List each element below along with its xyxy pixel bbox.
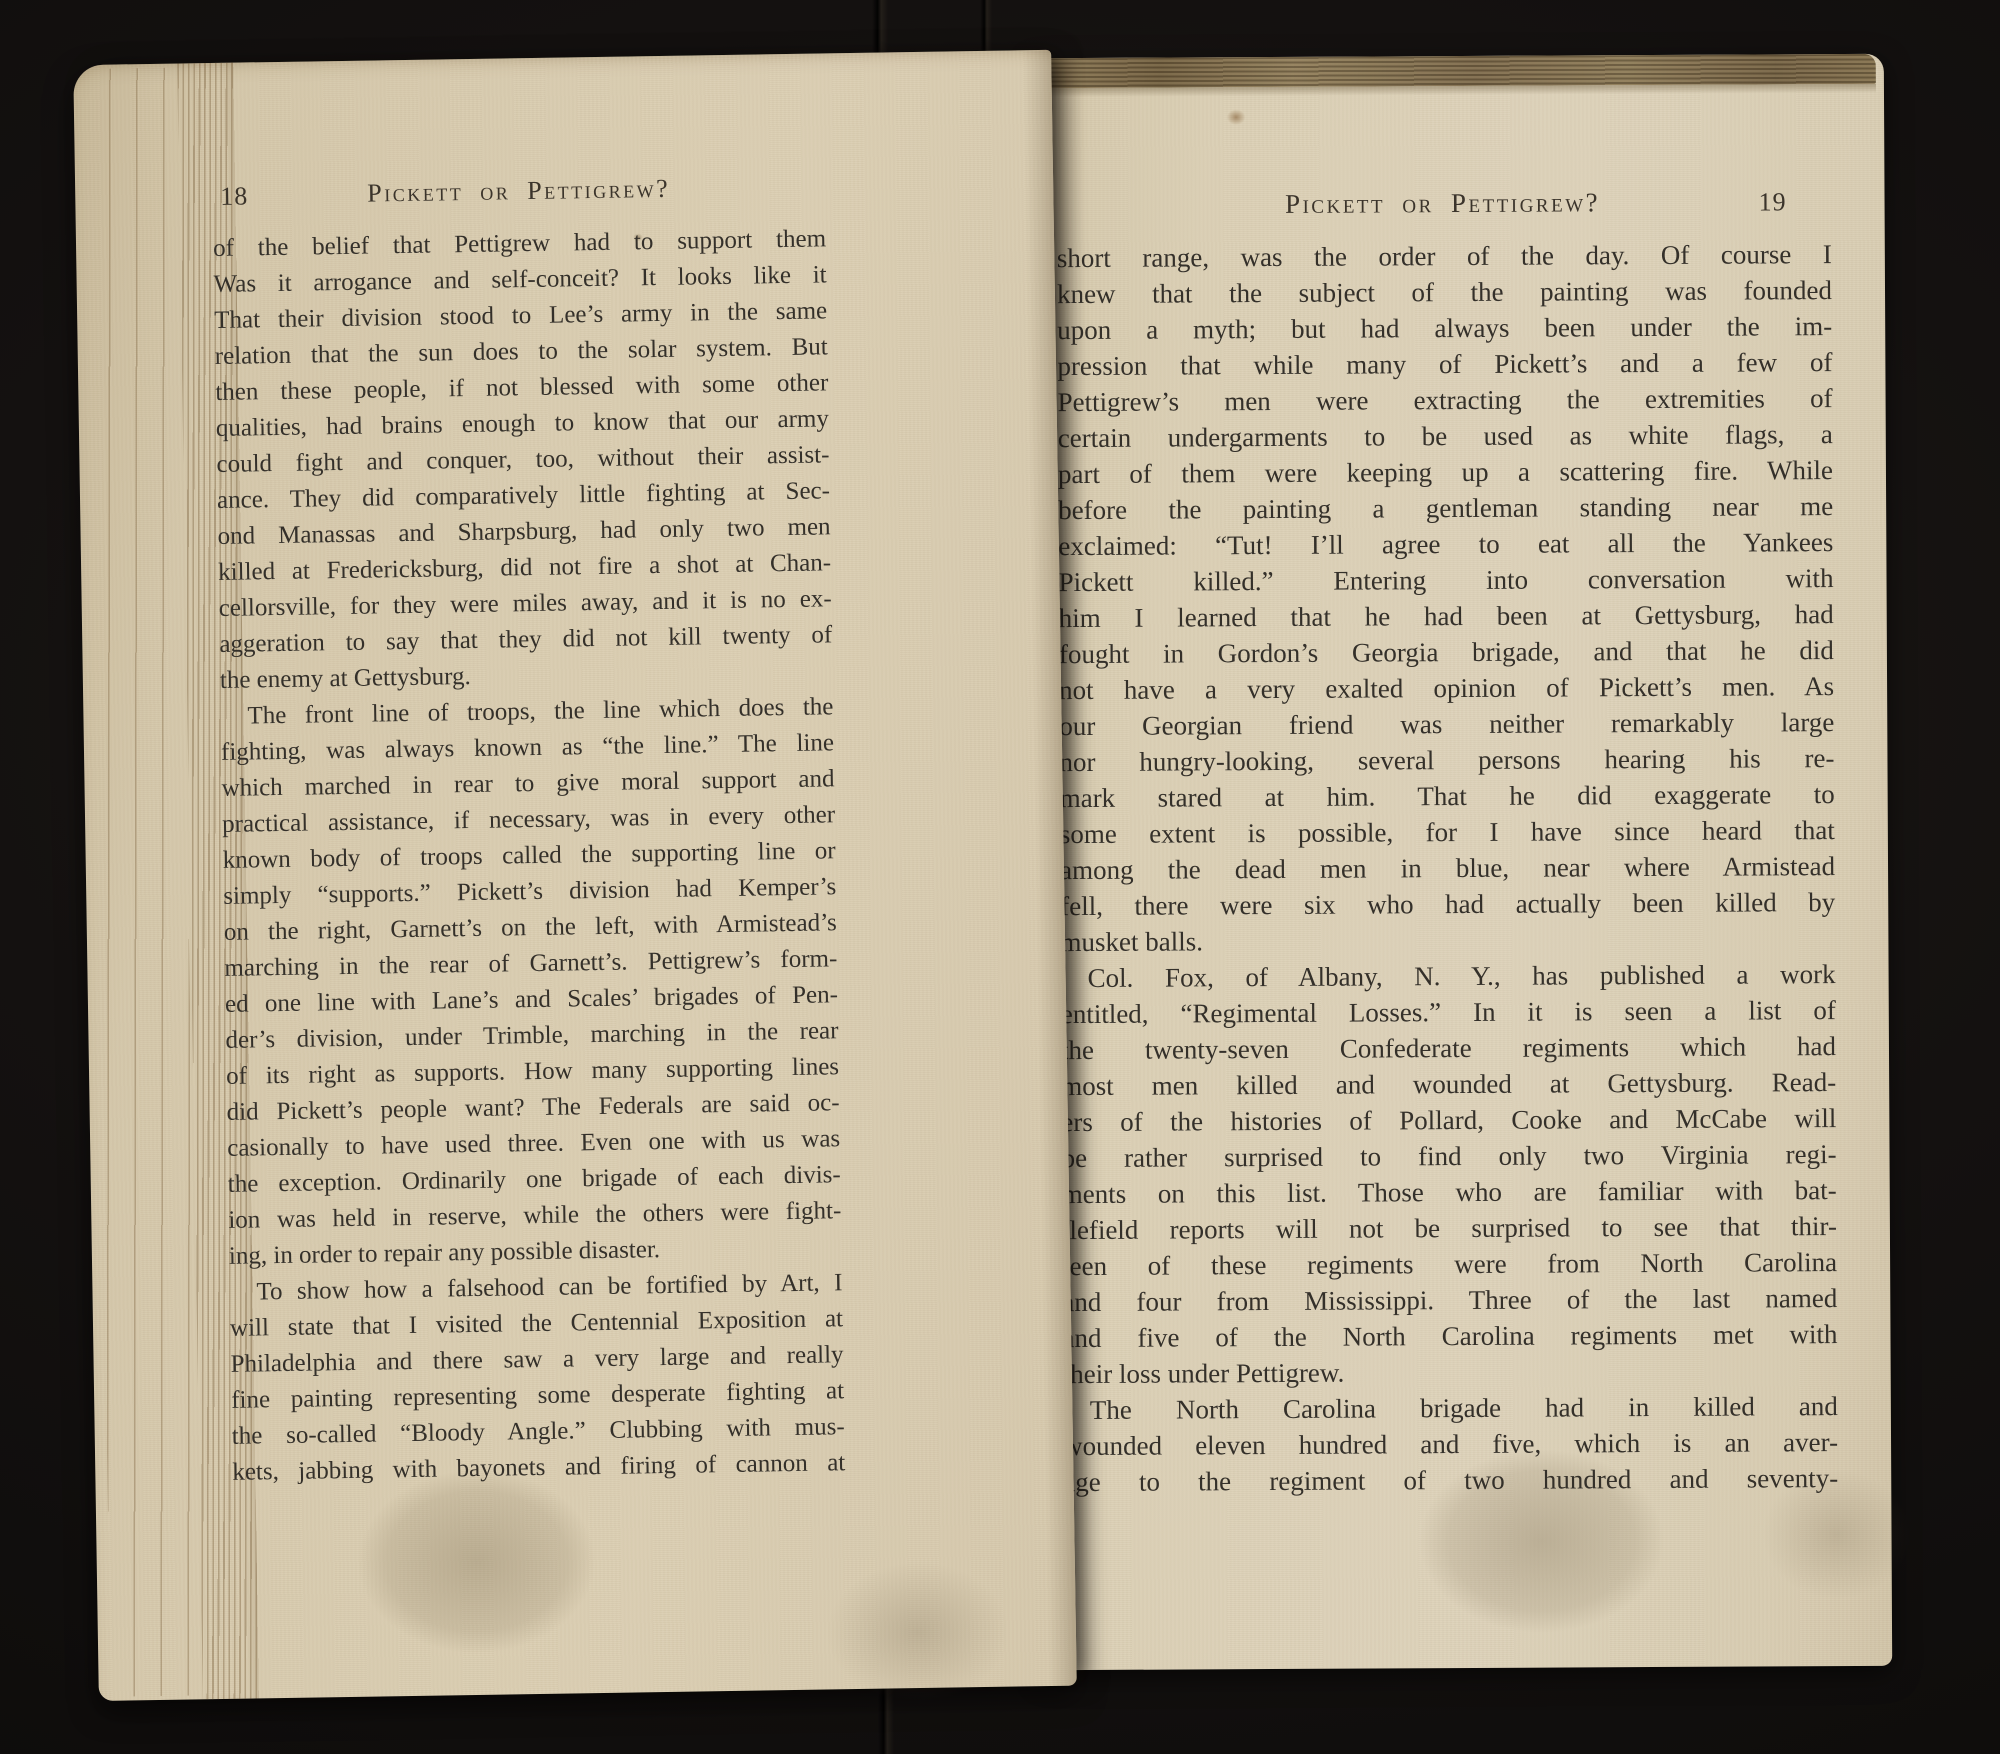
text-line: our Georgian friend was neither remarkab… (1059, 704, 1834, 744)
text-line: part of them were keeping up a scatterin… (1058, 452, 1833, 492)
page-number: 19 (1758, 187, 1786, 217)
running-header-row: 18 Pickett or Pettigrew? (212, 171, 826, 223)
text-line: be rather surprised to find only two Vir… (1061, 1136, 1836, 1176)
text-line: not have a very exalted opinion of Picke… (1059, 668, 1834, 708)
running-header-row: Pickett or Pettigrew? 19 (1056, 186, 1828, 232)
text-line: and five of the North Carolina regiments… (1062, 1316, 1837, 1356)
text-line: tlefield reports will not be surprised t… (1062, 1208, 1837, 1248)
text-line: knew that the subject of the painting wa… (1057, 272, 1832, 312)
running-header: Pickett or Pettigrew? (1056, 186, 1828, 221)
text-line: their loss under Pettigrew. (1063, 1352, 1838, 1392)
text-line: the twenty-seven Confederate regiments w… (1061, 1028, 1836, 1068)
stain (786, 1530, 1049, 1734)
text-line: entitled, “Regimental Losses.” In it is … (1061, 992, 1836, 1032)
page-top-edge-stained (1042, 54, 1876, 88)
text-line: The North Carolina brigade had in killed… (1063, 1388, 1838, 1428)
foxing-spot (1224, 107, 1248, 127)
text-line: nor hungry-looking, several persons hear… (1059, 740, 1834, 780)
text-line: some extent is possible, for I have sinc… (1060, 812, 1835, 852)
running-header: Pickett or Pettigrew? (212, 171, 825, 211)
text-line: before the painting a gentleman standing… (1058, 488, 1833, 528)
text-line: ments on this list. Those who are famili… (1062, 1172, 1837, 1212)
left-page: 18 Pickett or Pettigrew? of the belief t… (73, 50, 1077, 1701)
text-line: ers of the histories of Pollard, Cooke a… (1061, 1100, 1836, 1140)
text-line: pression that while many of Pickett’s an… (1057, 344, 1832, 384)
text-line: certain undergarments to be used as whit… (1058, 416, 1833, 456)
right-page: Pickett or Pettigrew? 19 short range, wa… (1036, 54, 1892, 1670)
text-line: mark stared at him. That he did exaggera… (1060, 776, 1835, 816)
text-line: wounded eleven hundred and five, which i… (1063, 1424, 1838, 1464)
text-line: Col. Fox, of Albany, N. Y., has publishe… (1061, 956, 1836, 996)
text-line: age to the regiment of two hundred and s… (1063, 1460, 1838, 1500)
text-line: teen of these regiments were from North … (1062, 1244, 1837, 1284)
text-line: him I learned that he had been at Gettys… (1059, 596, 1834, 636)
text-line: among the dead men in blue, near where A… (1060, 848, 1835, 888)
text-line: Pettigrew’s men were extracting the extr… (1057, 380, 1832, 420)
page-text: of the belief that Pettigrew had to supp… (213, 221, 846, 1490)
text-line: fell, there were six who had actually be… (1060, 884, 1835, 924)
text-line: short range, was the order of the day. O… (1057, 236, 1832, 276)
text-line: Pickett killed.” Entering into conversat… (1058, 560, 1833, 600)
book-spread-photo: Pickett or Pettigrew? 19 short range, wa… (0, 0, 2000, 1754)
text-line: exclaimed: “Tut! I’ll agree to eat all t… (1058, 524, 1833, 564)
page-text: short range, was the order of the day. O… (1057, 236, 1839, 1500)
text-line: fought in Gordon’s Georgia brigade, and … (1059, 632, 1834, 672)
text-line: musket balls. (1060, 920, 1835, 960)
page-number: 18 (220, 181, 248, 211)
text-line: most men killed and wounded at Gettysbur… (1061, 1064, 1836, 1104)
text-line: and four from Mississippi. Three of the … (1062, 1280, 1837, 1320)
text-line: upon a myth; but had always been under t… (1057, 308, 1832, 348)
